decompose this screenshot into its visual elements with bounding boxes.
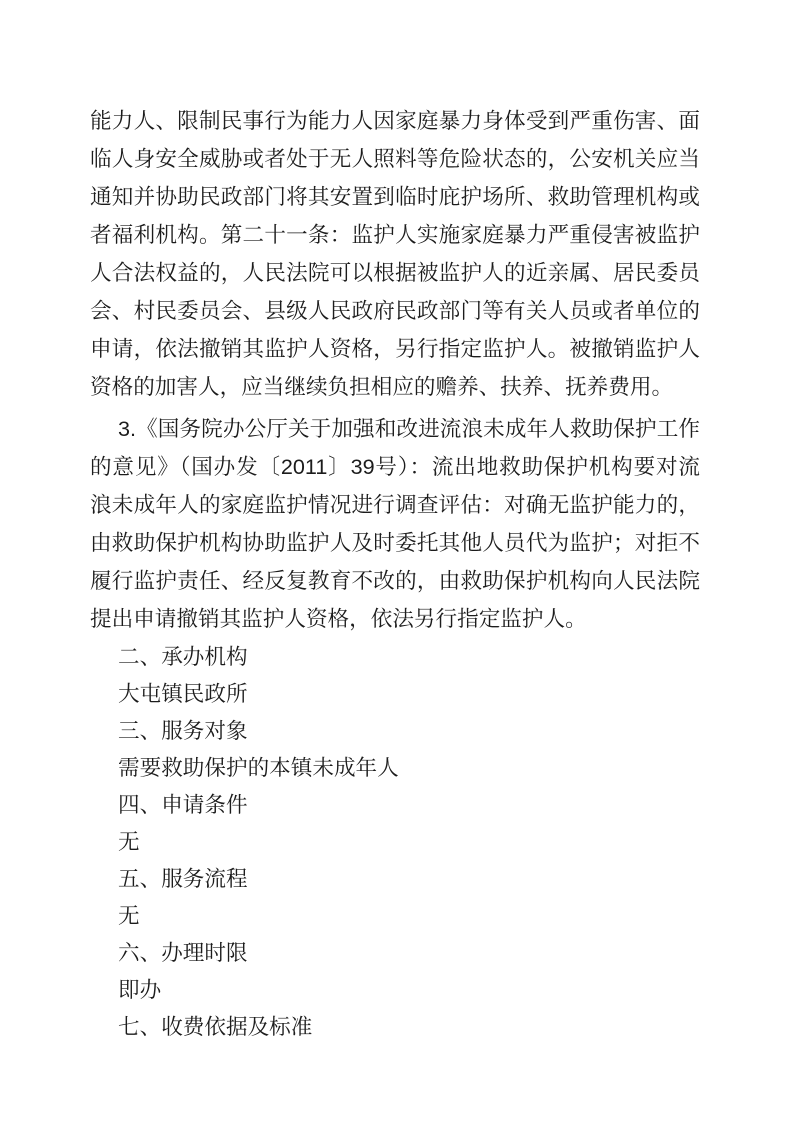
outline-value-service-target: 需要救助保护的本镇未成年人 <box>90 749 700 786</box>
outline-heading-3-service-target: 三、服务对象 <box>90 712 700 749</box>
outline-heading-7-fee-basis: 七、收费依据及标准 <box>90 1008 700 1045</box>
outline-heading-6-processing-time: 六、办理时限 <box>90 934 700 971</box>
outline-heading-5-service-process: 五、服务流程 <box>90 860 700 897</box>
service-outline-list: 二、承办机构 大屯镇民政所 三、服务对象 需要救助保护的本镇未成年人 四、申请条… <box>90 638 700 1045</box>
outline-value-application-conditions: 无 <box>90 823 700 860</box>
outline-heading-2-organizer: 二、承办机构 <box>90 638 700 675</box>
outline-heading-4-application-conditions: 四、申请条件 <box>90 786 700 823</box>
outline-value-processing-time: 即办 <box>90 971 700 1008</box>
paragraph-item3-state-council-opinion: 3.《国务院办公厅关于加强和改进流浪未成年人救助保护工作的意见》（国办发〔201… <box>90 410 700 638</box>
document-page: 能力人、限制民事行为能力人因家庭暴力身体受到严重伤害、面临人身安全威胁或者处于无… <box>0 0 793 1122</box>
outline-value-organizer: 大屯镇民政所 <box>90 675 700 712</box>
outline-value-service-process: 无 <box>90 897 700 934</box>
paragraph-law-excerpt-continuation: 能力人、限制民事行为能力人因家庭暴力身体受到严重伤害、面临人身安全威胁或者处于无… <box>90 102 700 406</box>
